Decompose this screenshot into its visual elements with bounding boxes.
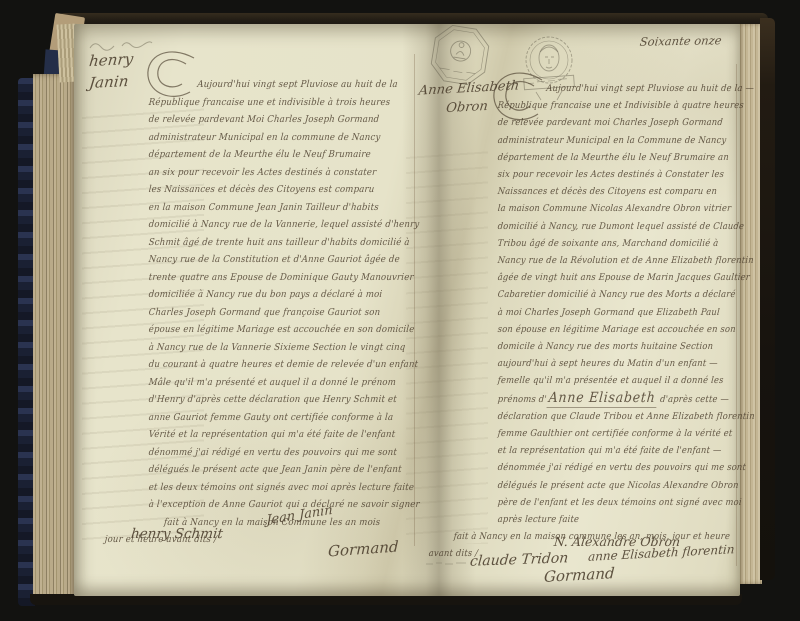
- manuscript-line: à l'exception de Anne Gauriot qui a décl…: [148, 496, 391, 514]
- manuscript-line: et les deux témoins ont signés avec moi …: [148, 479, 391, 497]
- manuscript-line: délégués le présent acte que Jean Janin …: [148, 461, 391, 479]
- manuscript-line: domicilié à Nancy rue de la Vannerie, le…: [148, 216, 391, 234]
- manuscript-line: administrateur Municipal en la Commune d…: [497, 132, 722, 149]
- manuscript-line: trente quatre ans Epouse de Dominique Ga…: [148, 269, 391, 287]
- manuscript-line: Aujourd'hui vingt sept Pluviose au huit …: [497, 80, 722, 97]
- manuscript-line: département de la Meurthe élu le Neuf Br…: [148, 146, 391, 164]
- manuscript-line: Nancy rue de la Révolution et de Anne El…: [497, 252, 722, 269]
- manuscript-line: Schmit âgé de trente huit ans tailleur d…: [148, 234, 391, 252]
- manuscript-line: son épouse en légitime Mariage est accou…: [497, 321, 722, 338]
- manuscript-line: domicile à Nancy rue des morts huitaine …: [497, 338, 722, 355]
- signature-gormand-left: Gormand: [328, 537, 399, 560]
- manuscript-line: d'Henry d'après cette déclaration que He…: [148, 391, 391, 409]
- manuscript-line: la maison Commune Nicolas Alexandre Obro…: [497, 200, 722, 217]
- manuscript-line: six pour recevoir les Actes destinés à C…: [497, 166, 722, 183]
- manuscript-line: dénommé j'ai rédigé en vertu des pouvoir…: [148, 444, 391, 462]
- manuscript-line: de relevée pardevant moi Charles Joseph …: [497, 114, 722, 131]
- manuscript-line: du courant à quatre heures et demie de r…: [148, 356, 391, 374]
- manuscript-line: Naissances et décès des Citoyens est com…: [497, 183, 722, 200]
- manuscript-line: épouse en légitime Mariage est accouchée…: [148, 321, 391, 339]
- manuscript-line: République francaise une et indivisible …: [148, 94, 391, 112]
- manuscript-line: Charles Joseph Gormand que françoise Gau…: [148, 304, 391, 322]
- signature-henry-schmit: henry Schmit: [130, 526, 223, 542]
- faint-pencil-mark: [424, 558, 470, 568]
- manuscript-line: domiciliée à Nancy rue du bon pays a déc…: [148, 286, 391, 304]
- manuscript-line: Mâle qu'il m'a présenté et auquel il a d…: [148, 374, 391, 392]
- manuscript-line: délégués le présent acte que Nicolas Ale…: [497, 477, 722, 494]
- manuscript-line: administrateur Municipal en la commune d…: [148, 129, 391, 147]
- manuscript-line: femme Gaulthier ont certifiée conforme à…: [497, 425, 722, 442]
- manuscript-line: République francaise une et Indivisible …: [497, 97, 722, 114]
- margin-note-line: henry: [88, 49, 134, 73]
- manuscript-line: an six pour recevoir les Actes destinés …: [148, 164, 391, 182]
- signature-gormand-right: Gormand: [544, 564, 615, 586]
- manuscript-line: aujourd'hui à sept heures du Matin d'un …: [497, 355, 722, 372]
- manuscript-line: déclaration que Claude Tribou et Anne El…: [497, 408, 722, 425]
- manuscript-line: Vérité et la représentation qui m'a été …: [148, 426, 391, 444]
- manuscript-line: prénoms d'Anne Elisabeth d'après cette —: [497, 390, 722, 408]
- emphasized-child-name: Anne Elisabeth: [546, 390, 658, 408]
- manuscript-line: femelle qu'il m'a présentée et auquel il…: [497, 372, 722, 389]
- margin-note-left: henry Janin: [86, 49, 135, 95]
- manuscript-line: anne Gauriot femme Gauty ont certifiée c…: [148, 409, 391, 427]
- manuscript-line: âgée de vingt huit ans Epouse de Marin J…: [497, 269, 722, 286]
- book-cover-right-edge: [760, 18, 775, 580]
- manuscript-line: département de la Meurthe élu le Neuf Br…: [497, 149, 722, 166]
- manuscript-line: après lecture faite: [497, 511, 722, 528]
- manuscript-line: les Naissances et décès des Citoyens est…: [148, 181, 391, 199]
- register-photo: henry Janin Aujourd'hui vingt sept Pluvi…: [0, 0, 800, 621]
- manuscript-line: Cabaretier domicilié à Nancy rue des Mor…: [497, 286, 722, 303]
- open-double-page: henry Janin Aujourd'hui vingt sept Pluvi…: [74, 24, 740, 596]
- octagonal-revenue-stamp-icon: [430, 24, 490, 86]
- manuscript-line: Nancy rue de la Constitution et d'Anne G…: [148, 251, 391, 269]
- manuscript-line: à Nancy rue de la Vannerie Sixieme Secti…: [148, 339, 391, 357]
- manuscript-line: domicilié à Nancy, rue Dumont lequel ass…: [497, 218, 722, 235]
- right-page-text: Aujourd'hui vingt sept Pluviose au huit …: [497, 80, 745, 563]
- manuscript-line: Tribou âgé de soixante ans, Marchand dom…: [497, 235, 722, 252]
- left-page-edges: [33, 74, 77, 602]
- manuscript-line: à moi Charles Joseph Gormand que Elizabe…: [497, 304, 722, 321]
- margin-note-line: Janin: [86, 71, 132, 95]
- manuscript-line: en la maison Commune Jean Janin Tailleur…: [148, 199, 391, 217]
- manuscript-line: Aujourd'hui vingt sept Pluviose au huit …: [148, 76, 391, 94]
- left-page-text: Aujourd'hui vingt sept Pluviose au huit …: [148, 76, 416, 549]
- manuscript-line: dénommée j'ai rédigé en vertu des pouvoi…: [497, 459, 722, 476]
- manuscript-line: de relevée pardevant Moi Charles Joseph …: [148, 111, 391, 129]
- manuscript-line: et la représentation qui m'a été faite d…: [497, 442, 722, 459]
- manuscript-line: père de l'enfant et les deux témoins ont…: [497, 494, 722, 511]
- folio-number-word: Soixante onze: [639, 33, 722, 48]
